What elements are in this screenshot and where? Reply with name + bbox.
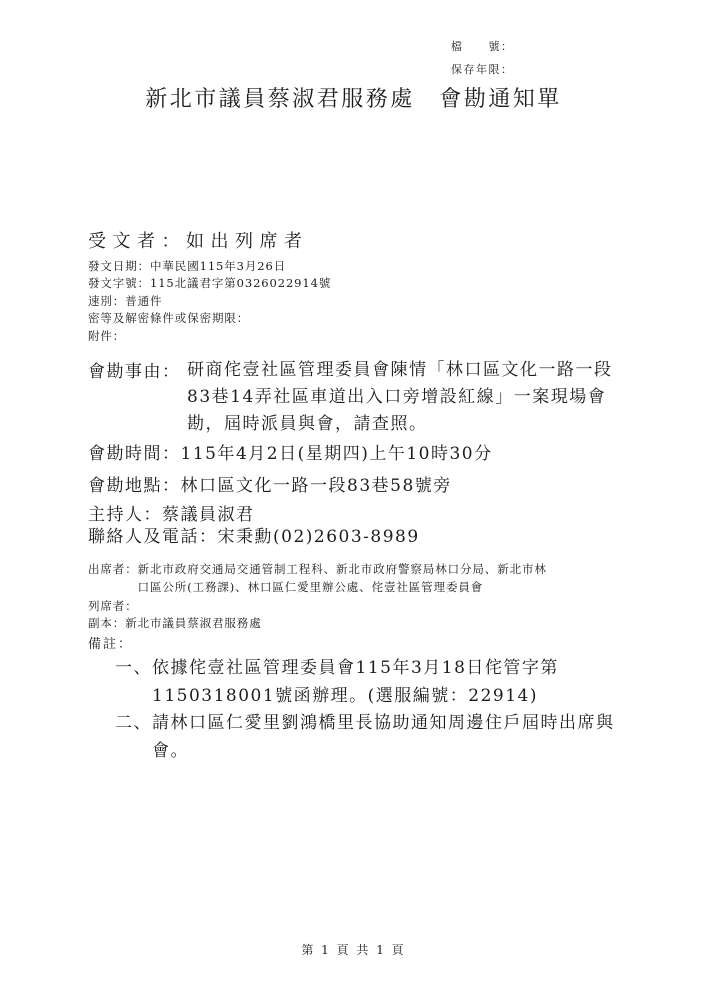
inspection-time-value: 115年4月2日(星期四)上午10時30分 [181, 444, 493, 464]
contact-line: 聯絡人及電話：宋秉勳(02)2603-8989 [88, 522, 420, 547]
inspection-location-label: 會勘地點： [88, 476, 181, 496]
cc-label: 副本： [88, 616, 125, 630]
inspection-time-label: 會勘時間： [88, 444, 181, 464]
note-item-1-content: 依據侘壹社區管理委員會115年3月18日侘管字第 1150318001號函辦理。… [152, 654, 559, 710]
note-item-1-number: 一、 [115, 654, 152, 682]
subject-content: 研商侘壹社區管理委員會陳情「林口區文化一路一段 83巷14弄社區車道出入口旁增設… [187, 357, 613, 438]
file-number-label: 檔 號： [451, 40, 514, 53]
contact-value: 宋秉勳(02)2603-8989 [218, 527, 420, 547]
inspection-time-line: 會勘時間：115年4月2日(星期四)上午10時30分 [88, 439, 493, 464]
note-item-1: 一、 依據侘壹社區管理委員會115年3月18日侘管字第 1150318001號函… [115, 654, 559, 710]
meta-line-dispatch-number: 發文字號：115北議君字第0326022914號 [88, 275, 331, 292]
attendees-content: 新北市政府交通局交通管制工程科、新北市政府警察局林口分局、新北市林口區公所(工務… [138, 560, 547, 596]
notice-document-page: 檔 號： 保存年限： 新北市議員蔡淑君服務處 會勘通知單 受文者：如出列席者 發… [0, 0, 707, 1000]
contact-label: 聯絡人及電話： [88, 527, 218, 547]
attendees-block: 出席者：新北市政府交通局交通管制工程科、新北市政府警察局林口分局、新北市林口區公… [88, 560, 547, 596]
observers-label: 列席者： [88, 599, 138, 613]
attendees-label: 出席者： [88, 560, 138, 578]
recipient-line: 受文者：如出列席者 [88, 227, 309, 253]
recipient-value: 如出列席者 [186, 231, 309, 252]
notes-label: 備註： [88, 633, 133, 652]
inspection-location-value: 林口區文化一路一段83巷58號旁 [181, 476, 452, 496]
meta-line-attachment: 附件： [88, 328, 331, 345]
cc-line: 副本：新北市議員蔡淑君服務處 [88, 615, 262, 631]
attendees-line: 新北市政府交通局交通管制工程科、新北市政府警察局林口分局、新北市林 [138, 560, 547, 578]
note-line: 會。 [152, 737, 615, 765]
note-line: 請林口區仁愛里劉鴻橋里長協助通知周邊住戶屆時出席與 [152, 709, 615, 737]
attendees-line: 口區公所(工務課)、林口區仁愛里辦公處、侘壹社區管理委員會 [138, 578, 547, 596]
meta-line-speed-class: 速別：普通件 [88, 293, 331, 310]
file-header: 檔 號： 保存年限： [451, 40, 514, 76]
note-line: 1150318001號函辦理。(選服編號：22914) [152, 682, 559, 710]
subject-line: 研商侘壹社區管理委員會陳情「林口區文化一路一段 [187, 357, 613, 384]
note-line: 依據侘壹社區管理委員會115年3月18日侘管字第 [152, 654, 559, 682]
subject-line: 勘，屆時派員與會，請查照。 [187, 411, 613, 438]
subject-line: 83巷14弄社區車道出入口旁增設紅線」一案現場會 [187, 384, 613, 411]
page-number-footer: 第 1 頁 共 1 頁 [0, 941, 707, 958]
cc-value: 新北市議員蔡淑君服務處 [125, 616, 261, 630]
note-item-2: 二、 請林口區仁愛里劉鴻橋里長協助通知周邊住戶屆時出席與 會。 [115, 709, 615, 765]
retention-period-label: 保存年限： [451, 63, 514, 76]
inspection-location-line: 會勘地點：林口區文化一路一段83巷58號旁 [88, 471, 452, 496]
dispatch-meta-block: 發文日期：中華民國115年3月26日 發文字號：115北議君字第03260229… [88, 258, 331, 345]
note-item-2-number: 二、 [115, 709, 152, 737]
recipient-label: 受文者： [88, 231, 186, 252]
note-item-2-content: 請林口區仁愛里劉鴻橋里長協助通知周邊住戶屆時出席與 會。 [152, 709, 615, 765]
observers-line: 列席者： [88, 598, 138, 614]
document-title: 新北市議員蔡淑君服務處 會勘通知單 [0, 82, 707, 113]
meta-line-security-class: 密等及解密條件或保密期限： [88, 310, 331, 327]
meta-line-dispatch-date: 發文日期：中華民國115年3月26日 [88, 258, 331, 275]
subject-label: 會勘事由： [88, 357, 181, 382]
